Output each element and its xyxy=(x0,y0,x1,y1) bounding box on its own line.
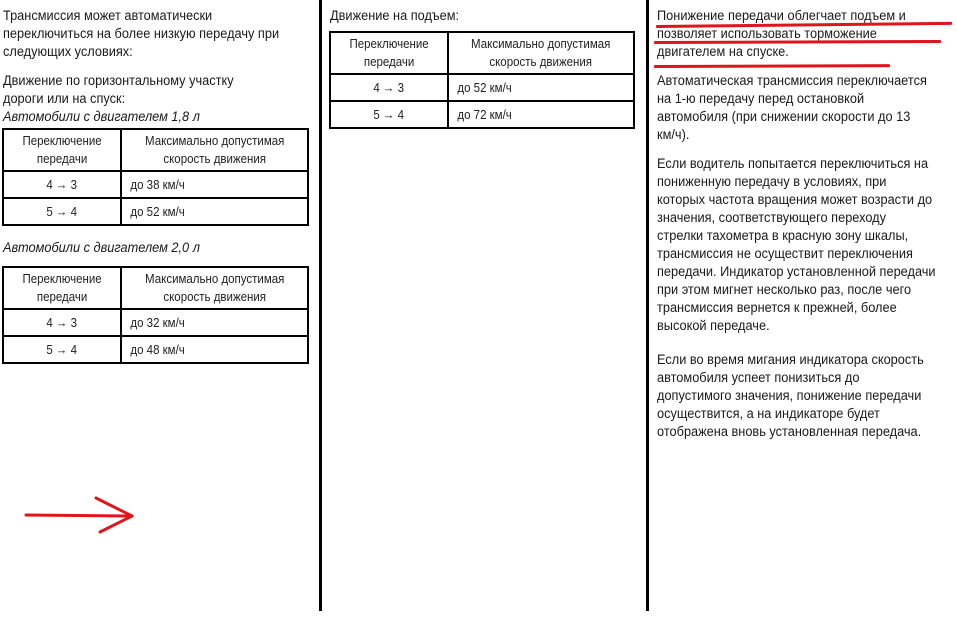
paragraph-line: автомобиля успеет понизиться до xyxy=(657,369,859,387)
paragraph-line: Автоматическая трансмиссия переключается xyxy=(657,72,927,90)
speed-cell: до 38 км/ч xyxy=(130,176,184,194)
condition-uphill: Движение на подъем: xyxy=(330,7,459,25)
paragraph-line: которых частота вращения может возрасти … xyxy=(657,191,932,209)
header-speed: Максимально допустимаяскорость движения xyxy=(121,129,308,171)
speed-table-2-0: Переключениепередачи Максимально допусти… xyxy=(2,266,309,364)
column-divider-2 xyxy=(646,0,649,611)
paragraph-line: передачи. Индикатор установленной переда… xyxy=(657,263,936,281)
paragraph-line: Если во время мигания индикатора скорост… xyxy=(657,351,924,369)
paragraph-line: осуществится, а на индикаторе будет xyxy=(657,405,880,423)
table-caption-2-0: Автомобили с двигателем 2,0 л xyxy=(3,239,200,257)
red-underline xyxy=(654,64,890,68)
table-row: 5 → 4 до 52 км/ч xyxy=(3,198,308,225)
gear-cell: 4 → 3 xyxy=(47,314,78,332)
speed-table-1-8: Переключениепередачи Максимально допусти… xyxy=(2,128,309,226)
speed-cell: до 52 км/ч xyxy=(457,79,511,97)
header-gear: Переключениепередачи xyxy=(3,129,121,171)
paragraph-line: значения, соответствующего переходу xyxy=(657,209,886,227)
header-speed: Максимально допустимаяскорость движения xyxy=(121,267,308,309)
gear-cell: 5 → 4 xyxy=(374,106,405,124)
paragraph-line: высокой передаче. xyxy=(657,317,770,335)
intro-line: следующих условиях: xyxy=(3,43,133,61)
table-row: 5 → 4 до 48 км/ч xyxy=(3,336,308,363)
paragraph-line: автомобиля (при снижении скорости до 13 xyxy=(657,108,910,126)
table-row: 4 → 3 до 32 км/ч xyxy=(3,309,308,336)
paragraph-line: на 1-ю передачу перед остановкой xyxy=(657,90,864,108)
table-caption-1-8: Автомобили с двигателем 1,8 л xyxy=(3,108,200,126)
header-speed: Максимально допустимаяскорость движения xyxy=(448,32,634,74)
gear-cell: 5 → 4 xyxy=(47,341,78,359)
speed-table-uphill: Переключениепередачи Максимально допусти… xyxy=(329,31,635,129)
right-arrow-icon xyxy=(20,492,140,537)
speed-cell: до 32 км/ч xyxy=(130,314,184,332)
red-underline xyxy=(654,40,941,44)
header-gear: Переключениепередачи xyxy=(330,32,448,74)
gear-cell: 4 → 3 xyxy=(374,79,405,97)
column-divider-1 xyxy=(319,0,322,611)
speed-cell: до 72 км/ч xyxy=(457,106,511,124)
condition-line: дороги или на спуск: xyxy=(3,90,125,108)
paragraph-line: допустимого значения, понижение передачи xyxy=(657,387,921,405)
table-row: 5 → 4 до 72 км/ч xyxy=(330,101,634,128)
highlighted-line: двигателем на спуске. xyxy=(657,43,789,61)
header-gear: Переключениепередачи xyxy=(3,267,121,309)
speed-cell: до 48 км/ч xyxy=(130,341,184,359)
paragraph-line: пониженную передачу в условиях, при xyxy=(657,173,886,191)
table-row: 4 → 3 до 38 км/ч xyxy=(3,171,308,198)
paragraph-line: при этом мигнет несколько раз, после чег… xyxy=(657,281,911,299)
gear-cell: 4 → 3 xyxy=(47,176,78,194)
table-row: 4 → 3 до 52 км/ч xyxy=(330,74,634,101)
intro-line: Трансмиссия может автоматически xyxy=(3,7,212,25)
gear-cell: 5 → 4 xyxy=(47,203,78,221)
condition-line: Движение по горизонтальному участку xyxy=(3,72,234,90)
paragraph-line: Если водитель попытается переключиться н… xyxy=(657,155,928,173)
paragraph-line: отображена вновь установленная передача. xyxy=(657,423,921,441)
paragraph-line: трансмиссия вернется к прежней, более xyxy=(657,299,897,317)
speed-cell: до 52 км/ч xyxy=(130,203,184,221)
paragraph-line: стрелки тахометра в красную зону шкалы, xyxy=(657,227,908,245)
paragraph-line: трансмиссия не осуществит переключения xyxy=(657,245,913,263)
paragraph-line: км/ч). xyxy=(657,126,689,144)
intro-line: переключиться на более низкую передачу п… xyxy=(3,25,279,43)
